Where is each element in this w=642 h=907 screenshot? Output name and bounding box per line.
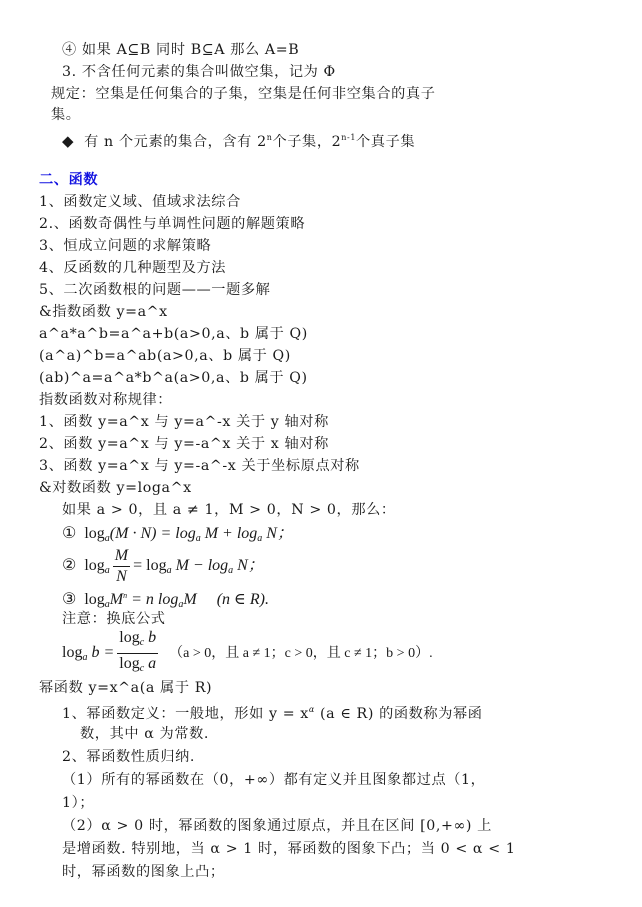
empty-set-rule-cont: 集。 xyxy=(51,105,81,125)
power-property-2-end: 时，幂函数的图象上凸； xyxy=(62,862,225,882)
empty-set-rule: 规定：空集是任何集合的子集，空集是任何非空集合的真子 xyxy=(51,84,435,104)
subscript: a xyxy=(82,652,87,663)
exponential-rule: a^a*a^b=a^a+b(a>0,a、b 属于 Q) xyxy=(39,324,308,344)
subset-count-line: ◆有 n 个元素的集合，含有 2n个子集，2n-1个真子集 xyxy=(62,128,415,152)
subscript: a xyxy=(105,565,110,576)
text: （a > 0，且 a ≠ 1；c > 0，且 c ≠ 1；b > 0）. xyxy=(169,646,432,661)
denominator: N xyxy=(113,567,130,587)
text: a xyxy=(148,655,156,672)
text: M xyxy=(110,591,123,608)
subscript: c xyxy=(140,637,144,648)
text: N； xyxy=(237,557,264,574)
text: log xyxy=(84,591,104,608)
log-condition: 如果 a > 0，且 a ≠ 1，M > 0，N > 0，那么： xyxy=(62,500,396,520)
text: log xyxy=(62,644,82,661)
power-property-2-cont: 是增函数. 特别地，当 α > 1 时，幂函数的图象下凸；当 0 < α < 1 xyxy=(62,839,515,859)
text: = n log xyxy=(127,591,178,608)
text: log xyxy=(119,655,139,672)
text: log xyxy=(84,525,104,542)
power-definition: 1、幂函数定义：一般地，形如 y = xα (a ∈ R) 的函数称为幂函 xyxy=(62,700,483,724)
fraction: MN xyxy=(113,546,130,587)
subscript: a xyxy=(228,565,233,576)
power-properties-title: 2、幂函数性质归纳. xyxy=(62,747,195,767)
text: (M · N) = log xyxy=(110,525,196,542)
power-property-1: （1）所有的幂函数在（0，+∞）都有定义并且图象都过点（1， xyxy=(62,770,485,790)
power-property-1-cont: 1）； xyxy=(62,793,94,813)
text: log xyxy=(84,557,104,574)
denominator: logc a xyxy=(117,654,158,679)
numerator: M xyxy=(113,546,130,567)
text: log xyxy=(119,629,139,646)
text: N； xyxy=(266,525,293,542)
subscript: c xyxy=(140,663,144,674)
superscript: n-1 xyxy=(341,133,356,142)
text: M + log xyxy=(205,525,258,542)
exponential-rule: (a^a)^b=a^ab(a>0,a、b 属于 Q) xyxy=(39,346,291,366)
symmetry-title: 指数函数对称规律： xyxy=(39,390,172,410)
subscript: a xyxy=(257,533,262,544)
subscript: a xyxy=(167,565,172,576)
subset-equality-line: ④ 如果 A⊆B 同时 B⊆A 那么 A=B xyxy=(62,40,299,60)
change-of-base-note: 注意：换底公式 xyxy=(62,609,166,629)
topic-item: 1、函数定义域、值域求法综合 xyxy=(39,192,241,212)
exponential-rule: (ab)^a=a^a*b^a(a>0,a、b 属于 Q) xyxy=(39,368,308,388)
text: b = xyxy=(91,644,114,661)
logarithm-title: &对数函数 y=loga^x xyxy=(39,478,192,498)
diamond-bullet-icon: ◆ xyxy=(62,132,74,150)
topic-item: 5、二次函数根的问题——一题多解 xyxy=(39,280,270,300)
symmetry-rule: 3、函数 y=a^x 与 y=-a^-x 关于坐标原点对称 xyxy=(39,456,360,476)
power-function-title: 幂函数 y=x^a(a 属于 R) xyxy=(39,678,212,698)
text: (a ∈ R) 的函数称为幂函 xyxy=(315,706,483,722)
symmetry-rule: 1、函数 y=a^x 与 y=a^-x 关于 y 轴对称 xyxy=(39,412,329,432)
circled-number: ③ xyxy=(62,591,76,608)
text: b xyxy=(148,629,156,646)
empty-set-definition: 3. 不含任何元素的集合叫做空集，记为 Φ xyxy=(62,62,336,82)
text: (n ∈ R). xyxy=(217,591,269,608)
topic-item: 4、反函数的几种题型及方法 xyxy=(39,258,226,278)
text: 1、幂函数定义：一般地，形如 y = x xyxy=(62,706,309,722)
symmetry-rule: 2、函数 y=a^x 与 y=-a^x 关于 x 轴对称 xyxy=(39,434,329,454)
log-rule-quotient: ② logaMN= loga M − loga N； xyxy=(62,545,264,587)
topic-item: 3、恒成立问题的求解策略 xyxy=(39,236,211,256)
circled-number: ① xyxy=(62,525,76,542)
text: 个真子集 xyxy=(356,134,415,150)
topic-item: 2.、函数奇偶性与单调性问题的解题策略 xyxy=(39,214,305,234)
fraction: logc blogc a xyxy=(117,628,158,679)
change-of-base-formula: loga b =logc blogc a （a > 0，且 a ≠ 1；c > … xyxy=(62,628,433,672)
text: 有 n 个元素的集合，含有 2 xyxy=(84,134,267,150)
text: 个子集，2 xyxy=(272,134,341,150)
section-heading: 二、函数 xyxy=(39,170,98,190)
power-definition-cont: 数，其中 α 为常数. xyxy=(80,724,209,744)
circled-number: ② xyxy=(62,557,76,574)
text: M − log xyxy=(176,557,229,574)
subscript: a xyxy=(196,533,201,544)
exponential-title: &指数函数 y=a^x xyxy=(39,302,168,322)
power-property-2: （2）α > 0 时，幂函数的图象通过原点，并且在区间 [0,+∞) 上 xyxy=(62,816,492,836)
text: M xyxy=(183,591,196,608)
numerator: logc b xyxy=(117,628,158,654)
text: = log xyxy=(133,557,166,574)
